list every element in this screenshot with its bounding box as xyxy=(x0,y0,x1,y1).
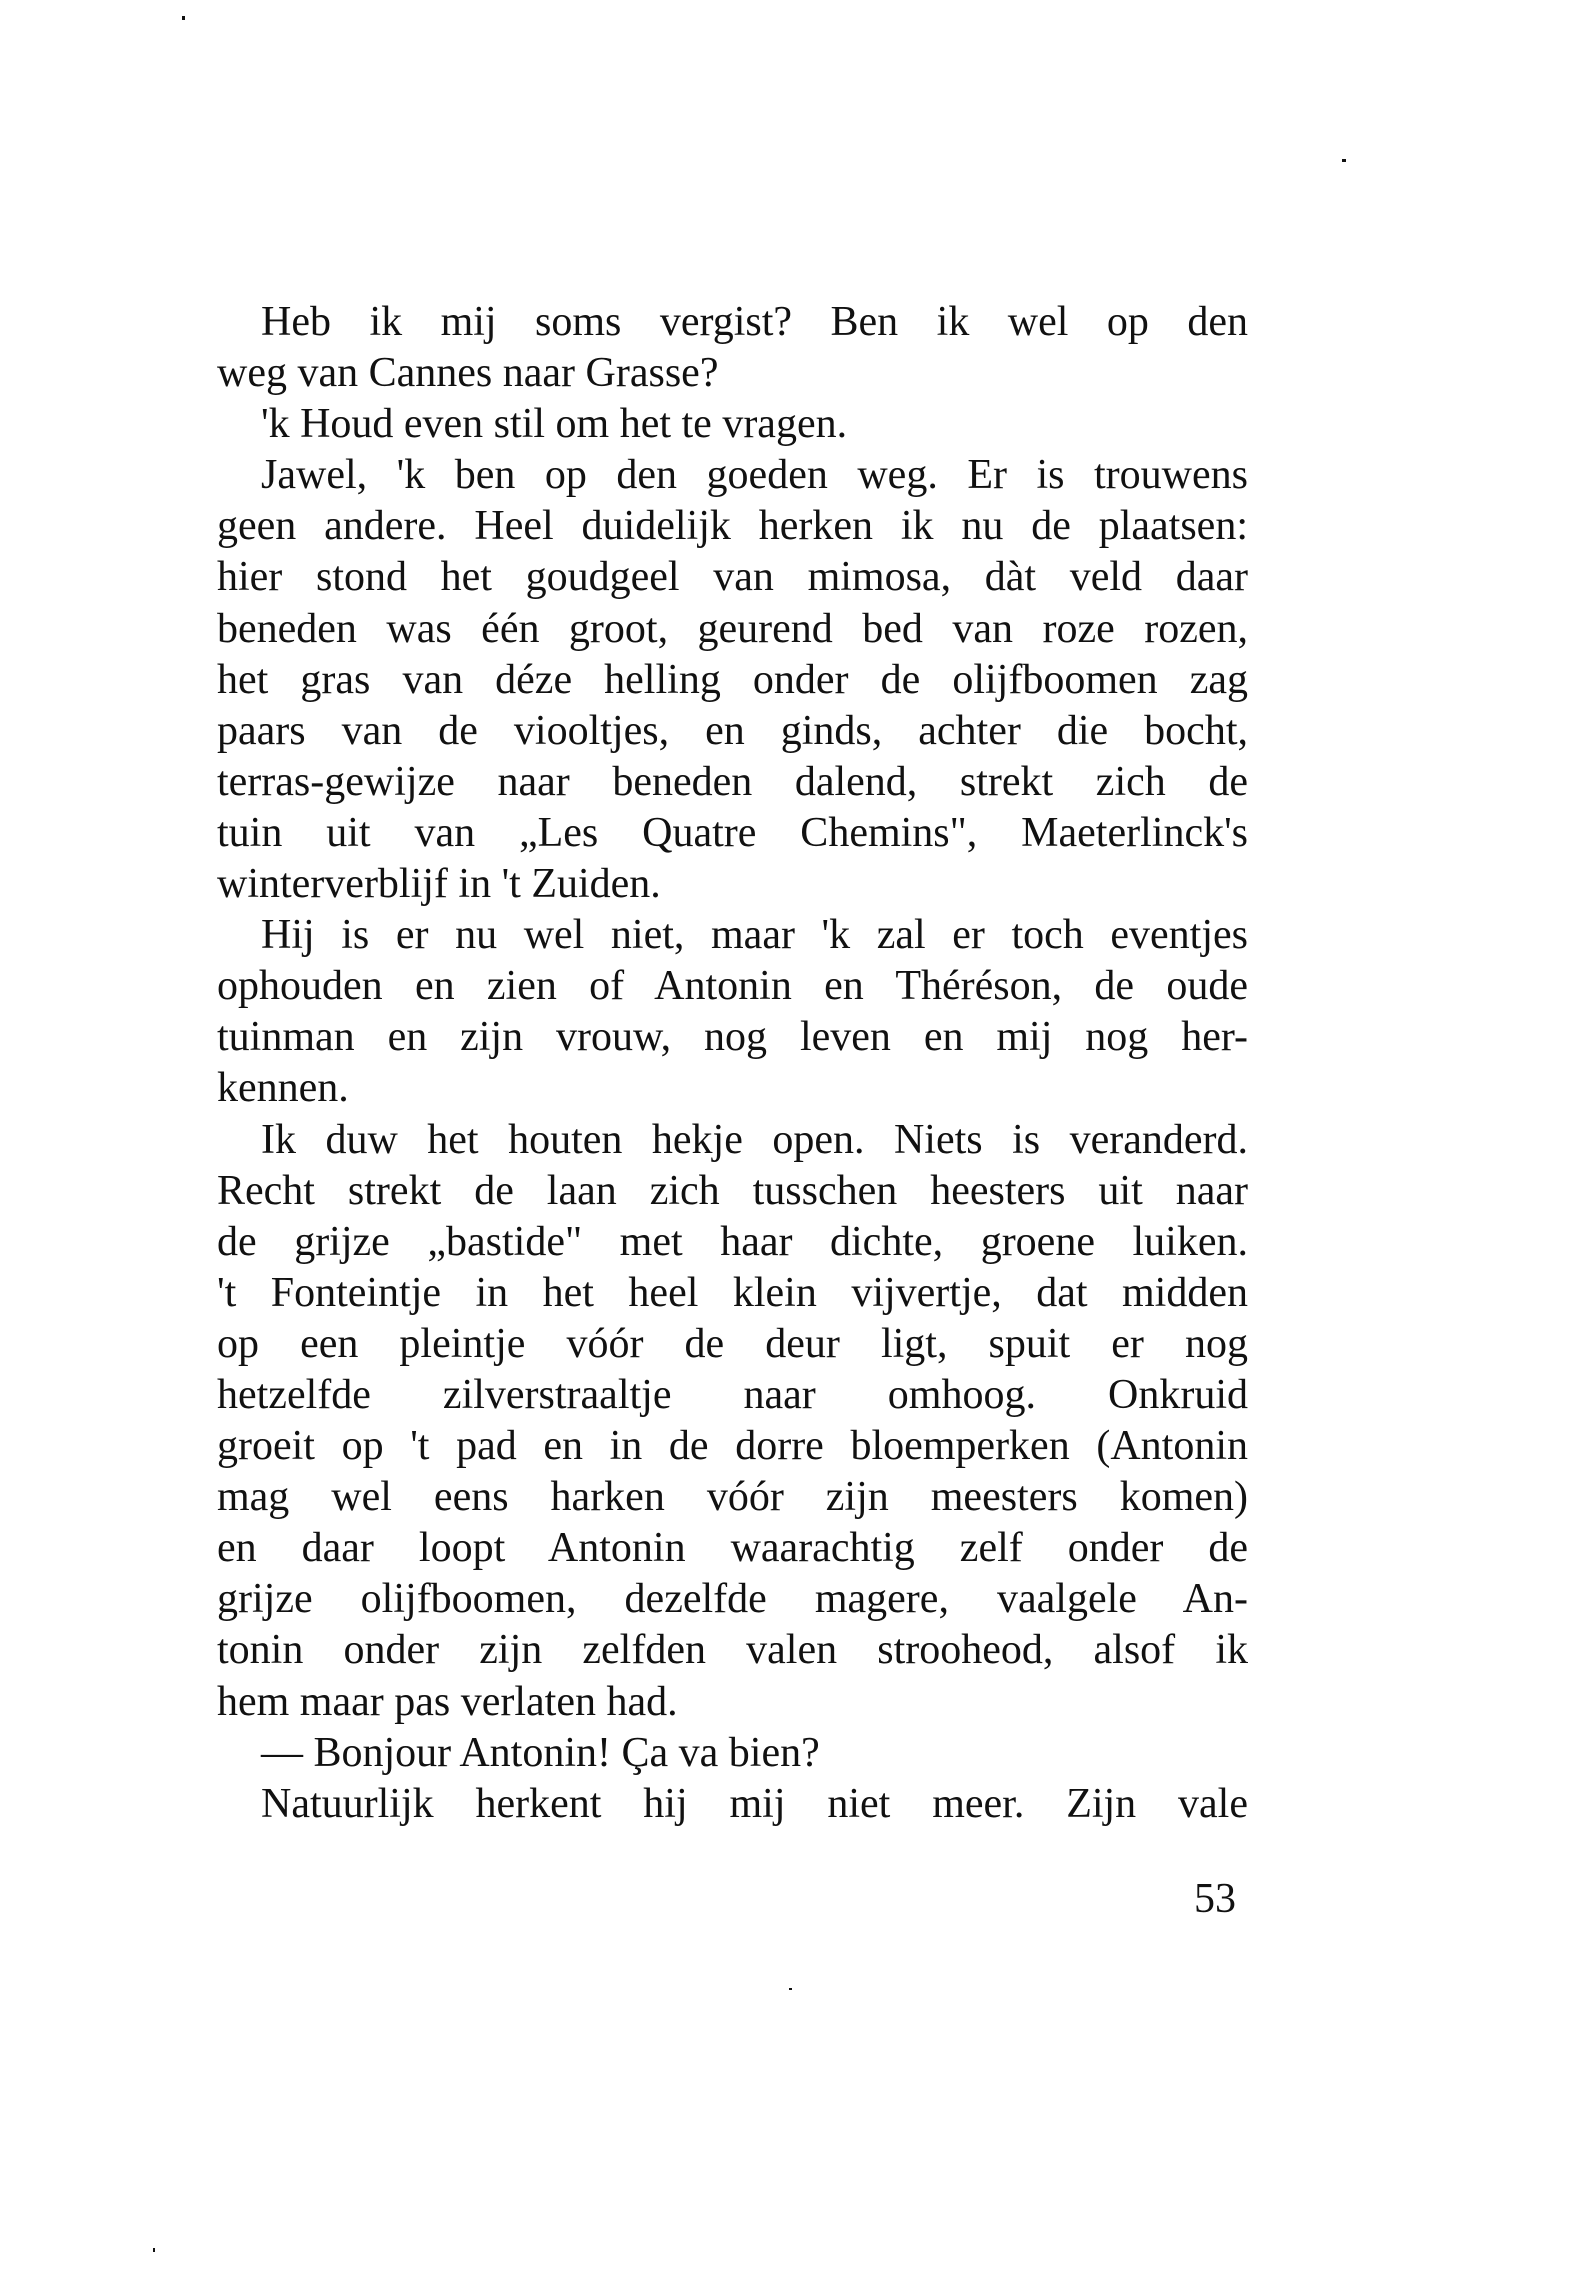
scan-speck xyxy=(153,2248,155,2252)
text-line: tuinman en zijn vrouw, nog leven en mij … xyxy=(217,1012,1248,1063)
text-line: Jawel, 'k ben op den goeden weg. Er is t… xyxy=(217,450,1248,501)
text-line: mag wel eens harken vóór zijn meesters k… xyxy=(217,1472,1248,1523)
text-line: ophouden en zien of Antonin en Théréson,… xyxy=(217,961,1248,1012)
text-line: weg van Cannes naar Grasse? xyxy=(217,348,1248,399)
text-line: — Bonjour Antonin! Ça va bien? xyxy=(217,1728,1248,1779)
book-page: Heb ik mij soms vergist? Ben ik wel op d… xyxy=(0,0,1571,2276)
text-line: paars van de viooltjes, en ginds, achter… xyxy=(217,706,1248,757)
text-line: hier stond het goudgeel van mimosa, dàt … xyxy=(217,552,1248,603)
scan-speck xyxy=(789,1988,792,1990)
text-line: op een pleintje vóór de deur ligt, spuit… xyxy=(217,1319,1248,1370)
text-line: de grijze „bastide" met haar dichte, gro… xyxy=(217,1217,1248,1268)
scan-speck xyxy=(1342,159,1346,162)
text-line: tonin onder zijn zelfden valen strooheod… xyxy=(217,1625,1248,1676)
text-line: 't Fonteintje in het heel klein vijvertj… xyxy=(217,1268,1248,1319)
text-line: winterverblijf in 't Zuiden. xyxy=(217,859,1248,910)
text-line: hem maar pas verlaten had. xyxy=(217,1677,1248,1728)
text-line: Hij is er nu wel niet, maar 'k zal er to… xyxy=(217,910,1248,961)
text-line: geen andere. Heel duidelijk herken ik nu… xyxy=(217,501,1248,552)
text-line: hetzelfde zilverstraaltje naar omhoog. O… xyxy=(217,1370,1248,1421)
text-line: tuin uit van „Les Quatre Chemins", Maete… xyxy=(217,808,1248,859)
text-line: het gras van déze helling onder de olijf… xyxy=(217,655,1248,706)
page-number: 53 xyxy=(1148,1878,1236,1920)
text-line: beneden was één groot, geurend bed van r… xyxy=(217,604,1248,655)
body-text: Heb ik mij soms vergist? Ben ik wel op d… xyxy=(217,297,1248,1830)
text-line: terras-gewijze naar beneden dalend, stre… xyxy=(217,757,1248,808)
scan-speck xyxy=(182,16,185,20)
text-line: Recht strekt de laan zich tusschen heest… xyxy=(217,1166,1248,1217)
text-line: groeit op 't pad en in de dorre bloemper… xyxy=(217,1421,1248,1472)
text-line: Heb ik mij soms vergist? Ben ik wel op d… xyxy=(217,297,1248,348)
text-line: Natuurlijk herkent hij mij niet meer. Zi… xyxy=(217,1779,1248,1830)
text-line: 'k Houd even stil om het te vragen. xyxy=(217,399,1248,450)
text-line: grijze olijfboomen, dezelfde magere, vaa… xyxy=(217,1574,1248,1625)
text-line: en daar loopt Antonin waarachtig zelf on… xyxy=(217,1523,1248,1574)
text-line: kennen. xyxy=(217,1063,1248,1114)
text-line: Ik duw het houten hekje open. Niets is v… xyxy=(217,1115,1248,1166)
